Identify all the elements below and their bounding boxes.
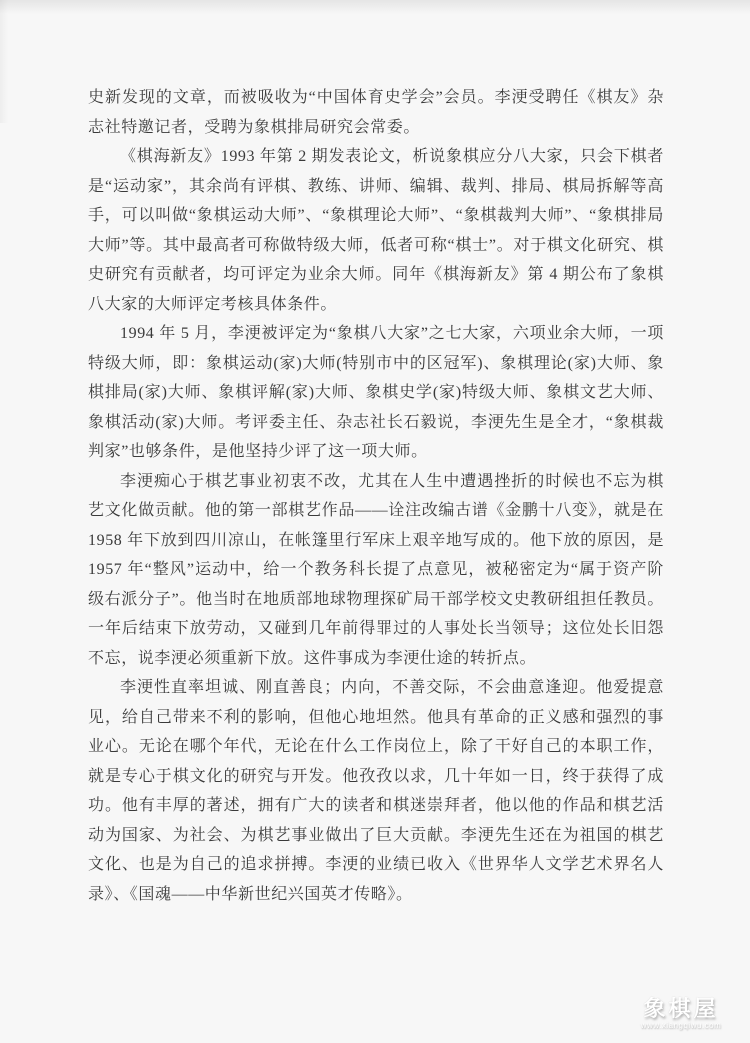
paragraph: 《棋海新友》1993 年第 2 期发表论文，析说象棋应分八大家，只会下棋者是“运… bbox=[88, 142, 664, 319]
scan-edge-top bbox=[0, 0, 750, 14]
paragraph: 李浭性直率坦诚、刚直善良；内向，不善交际，不会曲意逢迎。他爱提意见，给自己带来不… bbox=[88, 673, 664, 909]
watermark-url: www.xiangqiwu.com bbox=[626, 1021, 736, 1031]
paragraph: 李浭痴心于棋艺事业初衷不改，尤其在人生中遭遇挫折的时候也不忘为棋艺文化做贡献。他… bbox=[88, 467, 664, 674]
scan-edge-left bbox=[0, 0, 8, 123]
scanned-page: 史新发现的文章，而被吸收为“中国体育史学会”会员。李浭受聘任《棋友》杂志社特邀记… bbox=[0, 0, 750, 1043]
paragraph: 史新发现的文章，而被吸收为“中国体育史学会”会员。李浭受聘任《棋友》杂志社特邀记… bbox=[88, 83, 664, 142]
paragraph: 1994 年 5 月，李浭被评定为“象棋八大家”之七大家，六项业余大师，一项特级… bbox=[88, 319, 664, 467]
article-body: 史新发现的文章，而被吸收为“中国体育史学会”会员。李浭受聘任《棋友》杂志社特邀记… bbox=[88, 83, 664, 909]
site-watermark: 象棋屋 www.xiangqiwu.com bbox=[626, 997, 736, 1031]
xiangqiwu-logo: 象棋屋 bbox=[626, 997, 736, 1021]
